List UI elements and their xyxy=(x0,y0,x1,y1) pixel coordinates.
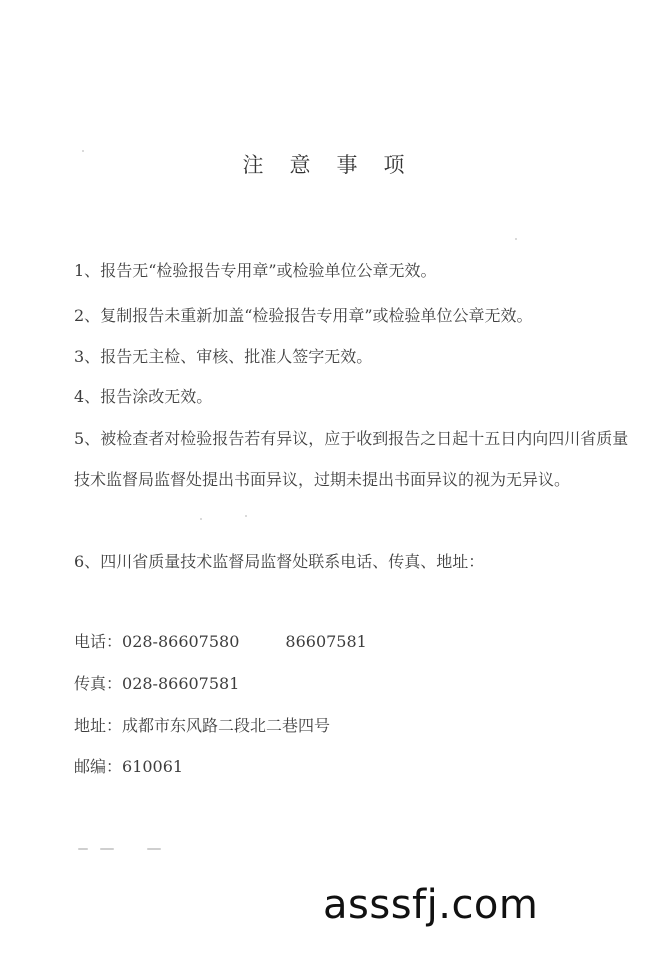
phone-number-2: 86607581 xyxy=(285,632,366,652)
item-number: 3、 xyxy=(74,347,100,366)
scan-speck xyxy=(82,150,84,152)
item-text: 四川省质量技术监督局监督处联系电话、传真、地址： xyxy=(100,552,484,571)
notice-item-2: 2、复制报告未重新加盖“检验报告专用章”或检验单位公章无效。 xyxy=(74,295,533,336)
item-number: 2、 xyxy=(74,306,100,325)
document-page: 注意事项 1、报告无“检验报告专用章”或检验单位公章无效。 2、复制报告未重新加… xyxy=(0,0,647,954)
item-text: 被检查者对检验报告若有异议，应于收到报告之日起十五日内向四川省质量技术监督局监督… xyxy=(74,429,628,489)
item-text: 报告无“检验报告专用章”或检验单位公章无效。 xyxy=(100,261,436,280)
item-text: 报告涂改无效。 xyxy=(100,387,212,406)
phone-label: 电话： xyxy=(74,632,122,651)
scan-speck xyxy=(78,848,88,850)
fax-number: 028-86607581 xyxy=(122,674,239,693)
contact-postcode: 邮编：610061 xyxy=(74,757,183,777)
postcode-label: 邮编： xyxy=(74,757,122,776)
postcode-value: 610061 xyxy=(122,757,183,776)
contact-fax: 传真：028-86607581 xyxy=(74,674,239,694)
scan-speck xyxy=(245,515,247,517)
item-number: 5、 xyxy=(74,429,100,448)
scan-speck xyxy=(100,848,114,850)
fax-label: 传真： xyxy=(74,674,122,693)
address-label: 地址： xyxy=(74,716,122,735)
notice-item-1: 1、报告无“检验报告专用章”或检验单位公章无效。 xyxy=(74,250,437,291)
notice-item-3: 3、报告无主检、审核、批准人签字无效。 xyxy=(74,336,372,377)
address-value: 成都市东风路二段北二巷四号 xyxy=(122,716,330,735)
item-text: 报告无主检、审核、批准人签字无效。 xyxy=(100,347,372,366)
scan-speck xyxy=(147,848,161,850)
item-number: 6、 xyxy=(74,552,100,571)
notice-item-6: 6、四川省质量技术监督局监督处联系电话、传真、地址： xyxy=(74,541,484,582)
scan-speck xyxy=(200,518,202,520)
contact-phone: 电话：028-8660758086607581 xyxy=(74,632,367,652)
watermark-text: asssfj.com xyxy=(323,882,538,928)
item-number: 4、 xyxy=(74,387,100,406)
phone-number-1: 028-86607580 xyxy=(122,632,239,651)
scan-speck xyxy=(515,238,517,240)
contact-address: 地址：成都市东风路二段北二巷四号 xyxy=(74,716,330,736)
notice-item-5: 5、被检查者对检验报告若有异议，应于收到报告之日起十五日内向四川省质量技术监督局… xyxy=(74,418,634,500)
notice-item-4: 4、报告涂改无效。 xyxy=(74,376,212,417)
item-number: 1、 xyxy=(74,261,100,280)
item-text: 复制报告未重新加盖“检验报告专用章”或检验单位公章无效。 xyxy=(100,306,532,325)
document-title: 注意事项 xyxy=(0,149,647,179)
